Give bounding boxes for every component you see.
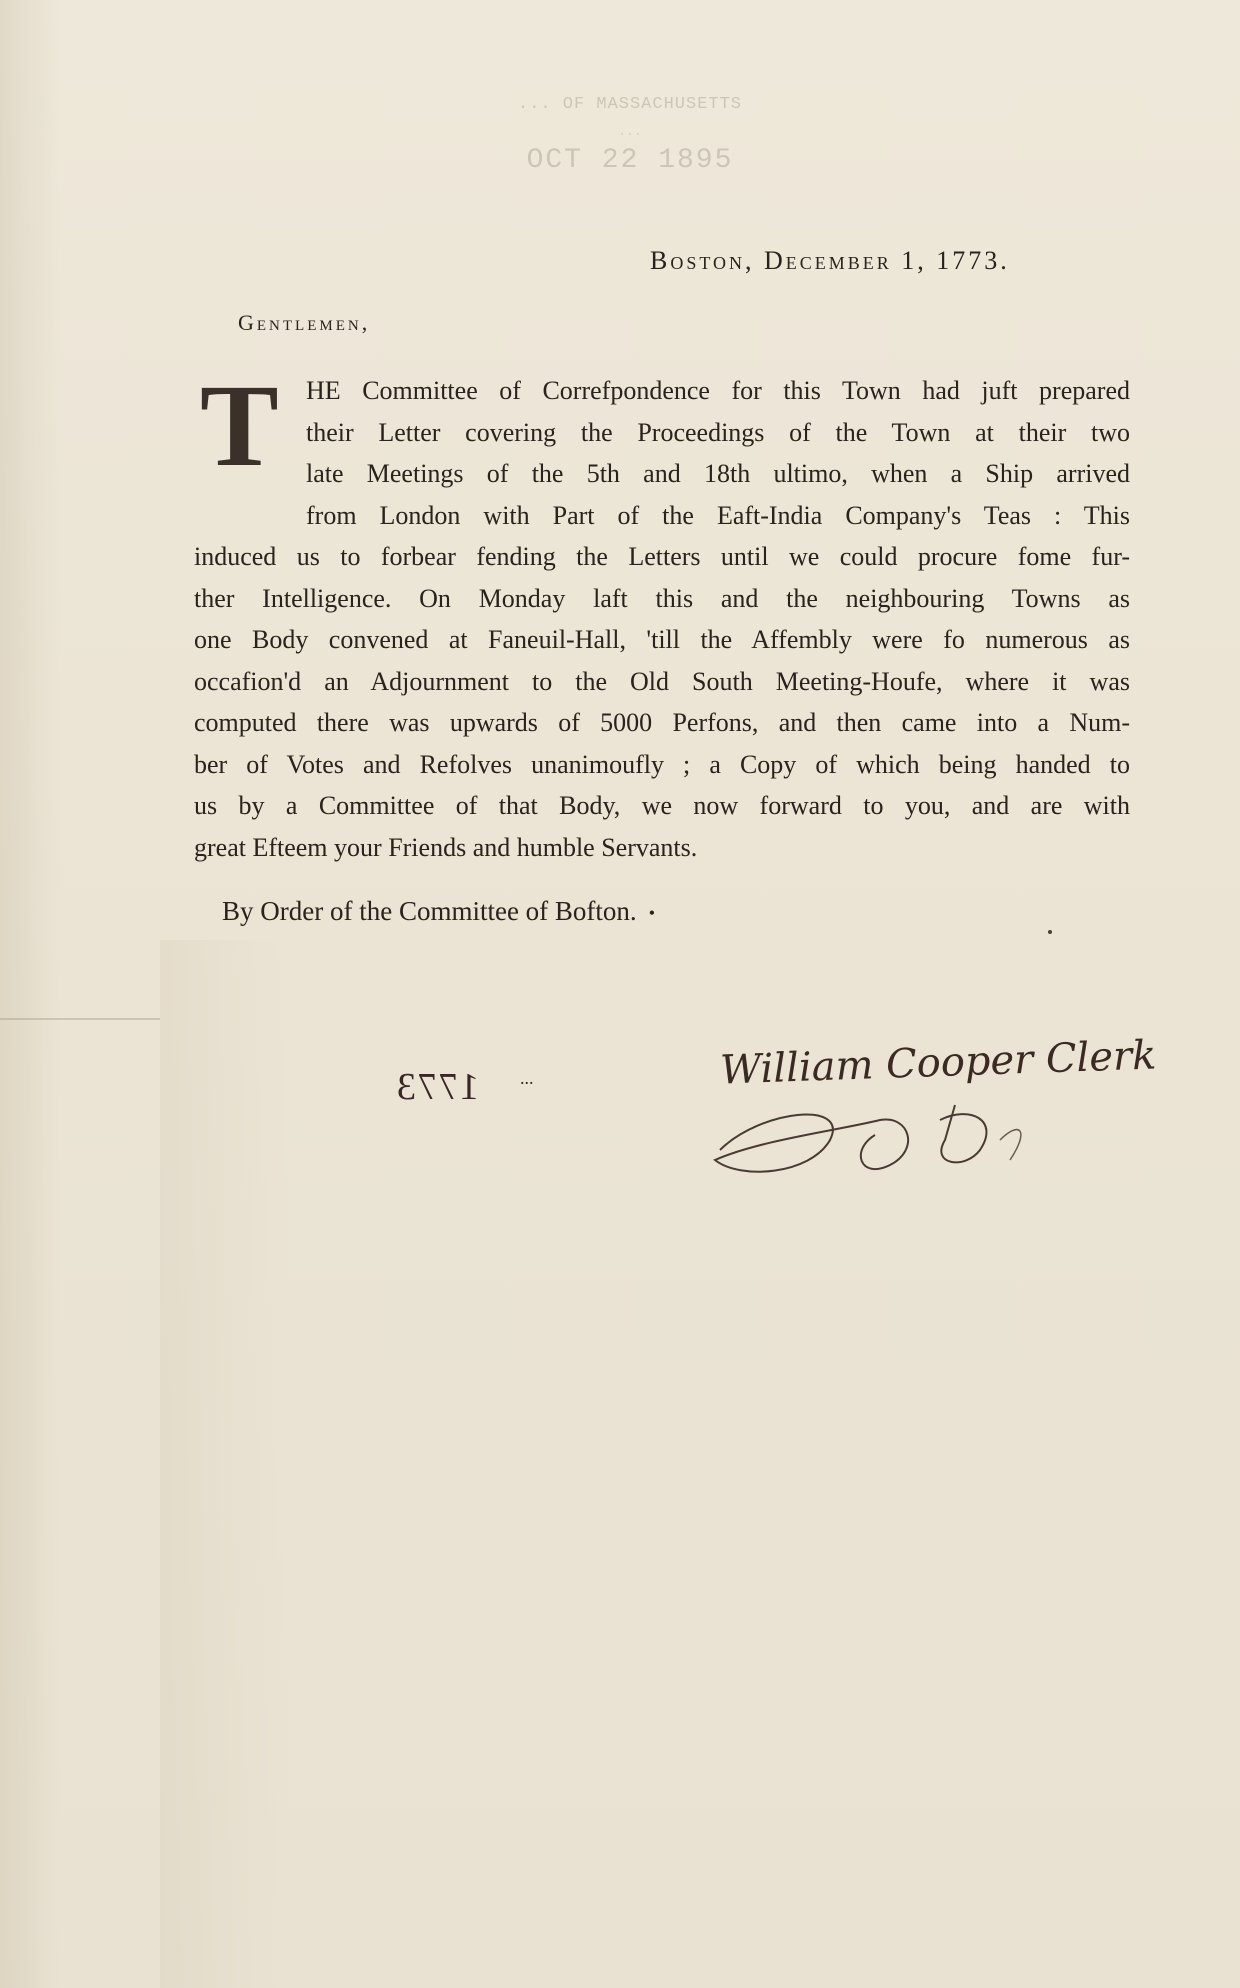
body-line: their Letter covering the Proceedings of… — [194, 412, 1130, 454]
stamp-date: OCT 22 1895 — [460, 145, 800, 176]
paper-fold-vertical — [160, 940, 290, 1988]
body-line: ther Intelligence. On Monday laft this a… — [194, 578, 1130, 620]
letter-salutation: Gentlemen, — [238, 310, 370, 336]
closing-text: By Order of the Committee of Bofton. — [222, 896, 637, 926]
signature-flourish-icon — [700, 1080, 1120, 1200]
body-line: computed there was upwards of 5000 Perfo… — [194, 702, 1130, 744]
ink-speck — [1048, 930, 1052, 934]
body-line: from London with Part of the Eaft-India … — [194, 495, 1130, 537]
stamp-institution: ... OF MASSACHUSETTS — [460, 95, 800, 114]
body-line: late Meetings of the 5th and 18th ultimo… — [194, 453, 1130, 495]
body-line: us by a Committee of that Body, we now f… — [194, 785, 1130, 827]
body-line: HE Committee of Correfpondence for this … — [194, 370, 1130, 412]
letter-dateline: Boston, December 1, 1773. — [650, 246, 1010, 276]
library-receipt-stamp: ... OF MASSACHUSETTS ... OCT 22 1895 — [460, 95, 800, 176]
body-line: induced us to forbear fending the Letter… — [194, 536, 1130, 578]
body-line: ber of Votes and Refolves unanimoufly ; … — [194, 744, 1130, 786]
stamp-subline: ... — [460, 124, 800, 139]
paper-fold-horizontal — [0, 1018, 160, 1020]
closing-mark: • — [649, 903, 655, 923]
body-line: great Efteem your Friends and humble Ser… — [194, 827, 1130, 869]
body-line: occafion'd an Adjournment to the Old Sou… — [194, 661, 1130, 703]
bleed-through-date: 1773 — [395, 1065, 479, 1109]
bleed-through-marks: ... — [520, 1068, 534, 1089]
letter-closing: By Order of the Committee of Bofton.• — [222, 896, 655, 927]
letter-body: HE Committee of Correfpondence for this … — [194, 370, 1130, 868]
body-line: one Body convened at Faneuil-Hall, 'till… — [194, 619, 1130, 661]
